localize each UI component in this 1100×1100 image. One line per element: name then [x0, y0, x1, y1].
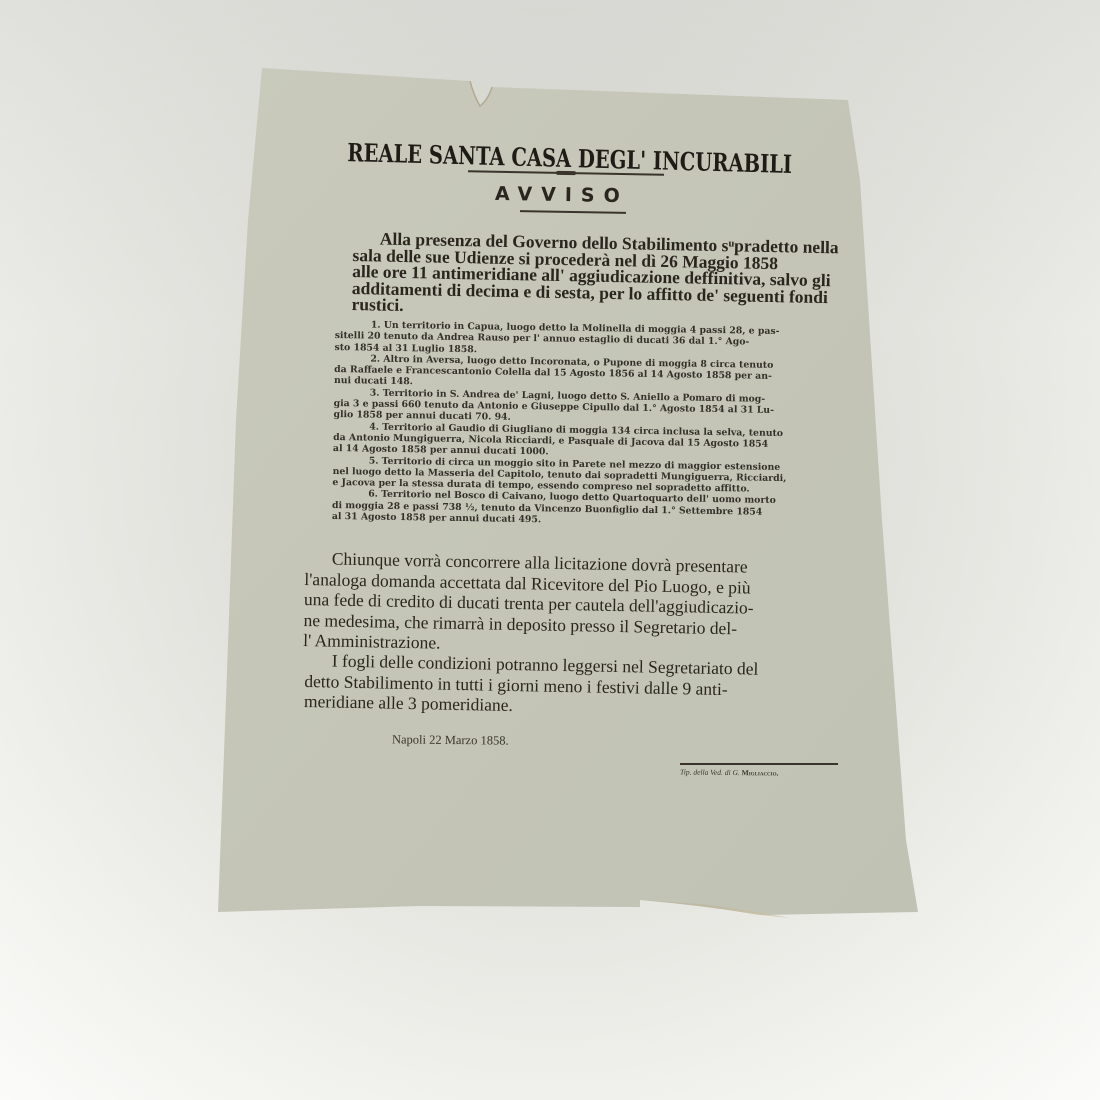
printer-rule: [680, 763, 838, 765]
list-item: 6. Territorio nel Bosco di Caivano, luog…: [332, 488, 812, 529]
property-list: 1. Un territorio in Capua, luogo detto l…: [332, 319, 815, 530]
intro-paragraph: Alla presenza del Governo dello Stabilim…: [351, 230, 822, 322]
notice-heading: AVVISO: [495, 183, 629, 207]
printer-imprint: Tip. della Ved. di G. Migliaccio.: [680, 767, 779, 777]
sheets-paragraph: I fogli delle condizioni potranno legger…: [304, 650, 759, 720]
conditions-paragraph: Chiunque vorrà concorrere alla licitazio…: [303, 548, 755, 659]
heading-rule: [520, 210, 626, 213]
dateline: Napoli 22 Marzo 1858.: [392, 732, 509, 748]
